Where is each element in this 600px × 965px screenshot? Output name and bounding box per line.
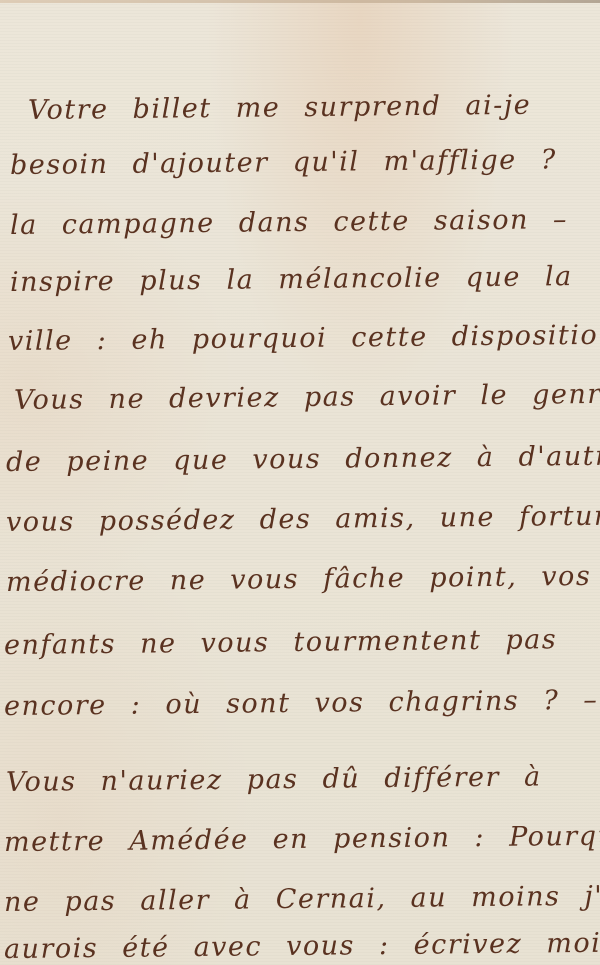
letter-line-9: médiocre ne vous fâche point, vos (6, 561, 592, 598)
letter-line-8: vous possédez des amis, une fortune (6, 500, 600, 538)
letter-line-3: la campagne dans cette saison – (10, 204, 568, 241)
letter-line-4: inspire plus la mélancolie que la (10, 261, 573, 298)
letter-line-12: Vous n'auriez pas dû différer à (6, 761, 542, 798)
letter-line-10: enfants ne vous tourmentent pas (4, 624, 557, 661)
letter-page: Votre billet me surprend ai-je besoin d'… (0, 0, 600, 965)
letter-line-11: encore : où sont vos chagrins ? – (4, 685, 599, 722)
letter-line-1: Votre billet me surprend ai-je (28, 90, 531, 126)
letter-line-13: mettre Amédée en pension : Pourquoi (4, 820, 600, 858)
letter-line-5: ville : eh pourquoi cette disposition ? (8, 319, 600, 357)
letter-line-6: Vous ne devriez pas avoir le genre (14, 379, 600, 416)
letter-line-7: de peine que vous donnez à d'autres, (6, 440, 600, 478)
letter-body: Votre billet me surprend ai-je besoin d'… (0, 0, 600, 965)
letter-line-15: aurois été avec vous : écrivez moi je (4, 927, 600, 965)
letter-line-2: besoin d'ajouter qu'il m'afflige ? (10, 144, 557, 181)
letter-line-14: ne pas aller à Cernai, au moins j'y (4, 881, 600, 918)
